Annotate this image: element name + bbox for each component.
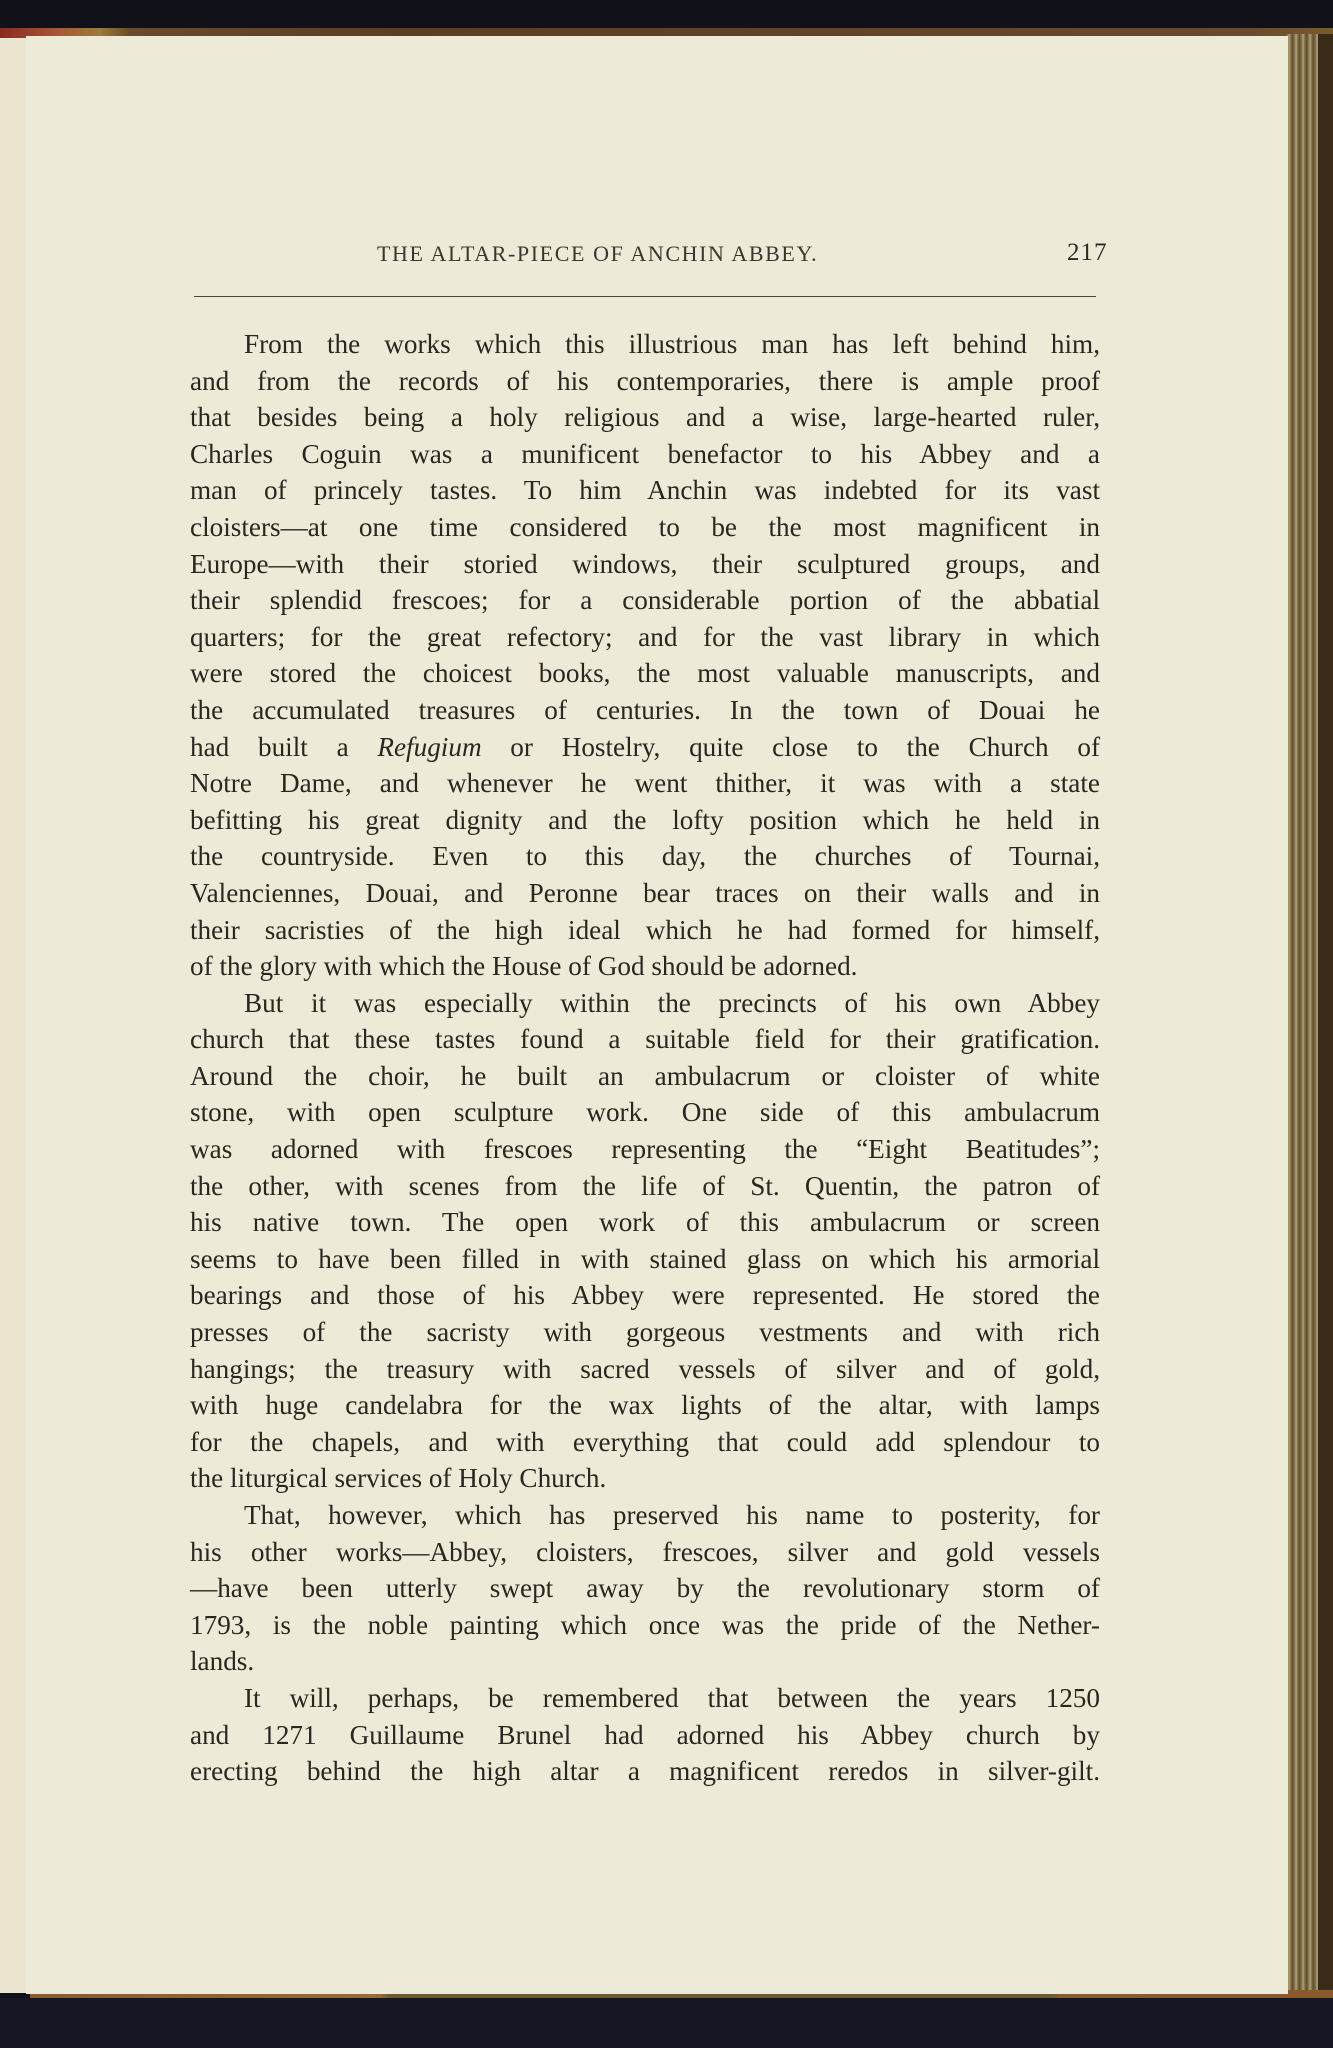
text-line: cloisters—at one time considered to be t… [190, 509, 1100, 546]
paragraph-4: It will, perhaps, be remembered that bet… [190, 1680, 1100, 1790]
paragraph-2: But it was especially within the precinc… [190, 985, 1100, 1497]
text-line: quarters; for the great refectory; and f… [190, 619, 1100, 656]
header-rule [194, 296, 1096, 297]
body-text: From the works which this illustrious ma… [190, 326, 1100, 1790]
text-line: It will, perhaps, be remembered that bet… [190, 1680, 1100, 1717]
text-line: Charles Coguin was a munificent benefact… [190, 436, 1100, 473]
page-number: 217 [1067, 239, 1108, 267]
background-bottom [0, 1998, 1333, 2048]
text-line: the countryside. Even to this day, the c… [190, 838, 1100, 875]
text-line: his native town. The open work of this a… [190, 1204, 1100, 1241]
text-line: 1793, is the noble painting which once w… [190, 1607, 1100, 1644]
paragraph-3: That, however, which has preserved his n… [190, 1497, 1100, 1680]
text-line: befitting his great dignity and the loft… [190, 802, 1100, 839]
text-line: church that these tastes found a suitabl… [190, 1021, 1100, 1058]
text-line: his other works—Abbey, cloisters, fresco… [190, 1534, 1100, 1571]
text-line: and from the records of his contemporari… [190, 363, 1100, 400]
text-run: or Hostelry, quite close to the Church o… [482, 732, 1100, 762]
text-line: their sacristies of the high ideal which… [190, 912, 1100, 949]
text-line: Europe—with their storied windows, their… [190, 546, 1100, 583]
running-title: THE ALTAR-PIECE OF ANCHIN ABBEY. [377, 241, 818, 267]
text-line: and 1271 Guillaume Brunel had adorned hi… [190, 1717, 1100, 1754]
text-line: lands. [190, 1643, 1100, 1680]
paragraph-1: From the works which this illustrious ma… [190, 326, 1100, 985]
text-line: were stored the choicest books, the most… [190, 655, 1100, 692]
text-line: erecting behind the high altar a magnifi… [190, 1753, 1100, 1790]
text-line: That, however, which has preserved his n… [190, 1497, 1100, 1534]
text-line: for the chapels, and with everything tha… [190, 1424, 1100, 1461]
text-line: of the glory with which the House of God… [190, 948, 1100, 985]
text-line: From the works which this illustrious ma… [190, 326, 1100, 363]
text-line: hangings; the treasury with sacred vesse… [190, 1351, 1100, 1388]
text-line: the accumulated treasures of centuries. … [190, 692, 1100, 729]
text-line: man of princely tastes. To him Anchin wa… [190, 472, 1100, 509]
book-page: THE ALTAR-PIECE OF ANCHIN ABBEY. 217 Fro… [26, 36, 1288, 1994]
book-cover-right-edge [1318, 34, 1333, 1996]
text-line: seems to have been filled in with staine… [190, 1241, 1100, 1278]
text-line: had built a Refugium or Hostelry, quite … [190, 729, 1100, 766]
text-line: with huge candelabra for the wax lights … [190, 1387, 1100, 1424]
text-line: presses of the sacristy with gorgeous ve… [190, 1314, 1100, 1351]
italic-term: Refugium [377, 732, 481, 762]
text-line: Around the choir, he built an ambulacrum… [190, 1058, 1100, 1095]
text-line: bearings and those of his Abbey were rep… [190, 1277, 1100, 1314]
text-line: —have been utterly swept away by the rev… [190, 1570, 1100, 1607]
text-line: the other, with scenes from the life of … [190, 1168, 1100, 1205]
facing-page-edge [0, 38, 27, 1993]
text-line: Notre Dame, and whenever he went thither… [190, 765, 1100, 802]
text-line: Valenciennes, Douai, and Peronne bear tr… [190, 875, 1100, 912]
text-line: stone, with open sculpture work. One sid… [190, 1094, 1100, 1131]
text-line: the liturgical services of Holy Church. [190, 1460, 1100, 1497]
text-line: their splendid frescoes; for a considera… [190, 582, 1100, 619]
text-line: But it was especially within the precinc… [190, 985, 1100, 1022]
text-run: had built a [190, 732, 377, 762]
text-line: was adorned with frescoes representing t… [190, 1131, 1100, 1168]
text-line: that besides being a holy religious and … [190, 399, 1100, 436]
